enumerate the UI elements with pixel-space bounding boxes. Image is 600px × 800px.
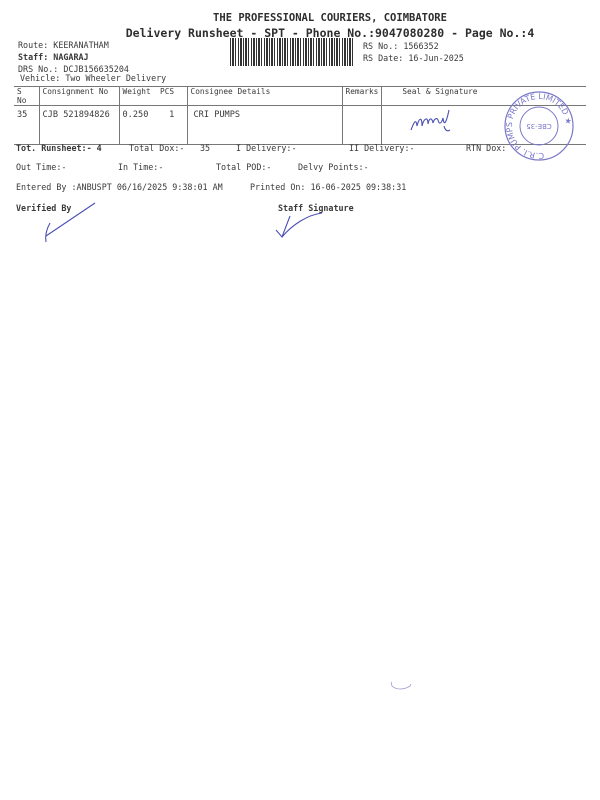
rs-number: RS No.: 1566352 [363,41,439,51]
total-dox-label: Total Dox:- [129,143,184,153]
cell-s-no: 35 [14,106,39,145]
cell-consignment-no: CJB 521894826 [39,106,119,145]
printed-on: Printed On: 16-06-2025 09:38:31 [250,182,406,192]
cell-remarks [342,106,382,145]
route-label: Route: KEERANATHAM [18,40,109,50]
cell-consignee: CRI PUMPS [187,106,342,145]
cell-pcs: 1 [157,106,187,145]
barcode [230,38,355,66]
consignment-table: S No Consignment No Weight PCS Consignee… [14,86,586,145]
table-header-row: S No Consignment No Weight PCS Consignee… [14,87,586,106]
col-consignment-no: Consignment No [39,87,119,106]
staff-signature-icon [272,210,332,240]
delvy-points: Delvy Points:- [298,162,369,172]
total-dox-value: 35 [200,143,210,153]
svg-text:CBE-35: CBE-35 [526,122,552,130]
col-pcs: PCS [157,87,187,106]
in-time: In Time:- [118,162,163,172]
col-weight: Weight [119,87,157,106]
i-delivery: I Delivery:- [236,143,297,153]
staff-label: Staff: NAGARAJ [18,52,89,62]
rs-date: RS Date: 16-Jun-2025 [363,53,464,63]
col-s-no: S No [14,87,39,106]
rtn-dox: RTN Dox: [466,143,506,153]
ii-delivery: II Delivery:- [349,143,415,153]
company-stamp-icon: C.R.I. PUMPS PRIVATE LIMITED ★ CBE-35 [503,90,575,162]
table-row: 35 CJB 521894826 0.250 1 CRI PUMPS [14,106,586,145]
out-time: Out Time:- [16,162,66,172]
pen-mark-icon [388,680,418,694]
entered-by: Entered By :ANBUSPT 06/16/2025 9:38:01 A… [16,182,223,192]
company-title: THE PROFESSIONAL COURIERS, COIMBATORE [0,12,600,24]
vehicle-label: Vehicle: Two Wheeler Delivery [20,73,166,83]
col-consignee: Consignee Details [187,87,342,106]
col-remarks: Remarks [342,87,382,106]
cell-weight: 0.250 [119,106,157,145]
total-runsheet: Tot. Runsheet:- 4 [16,143,102,153]
total-pod: Total POD:- [216,162,271,172]
recipient-signature-icon [408,104,458,136]
verified-signature-icon [40,200,100,245]
